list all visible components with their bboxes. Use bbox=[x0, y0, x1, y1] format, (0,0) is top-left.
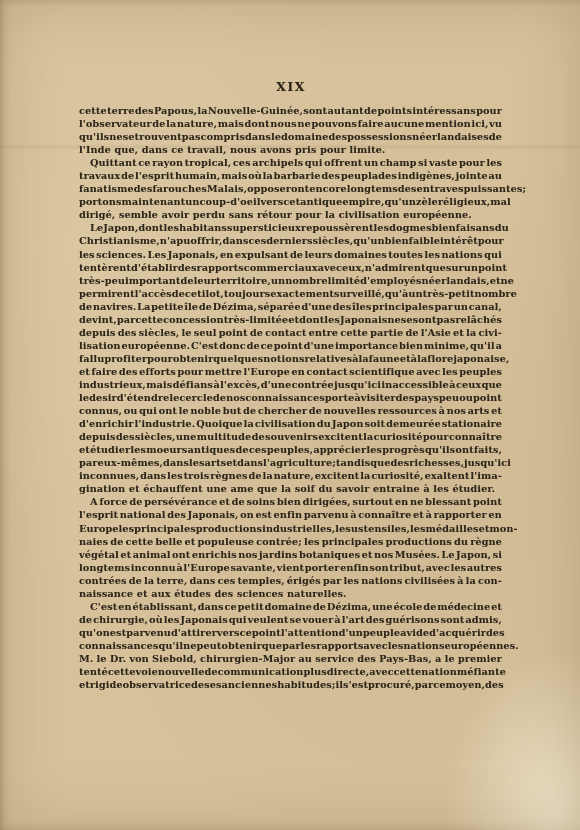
text-line: etrigideobservatricedesesancienneshabitu… bbox=[79, 680, 502, 693]
book-page: XIX cetteterredesPapous,laNouvelle-Guiné… bbox=[0, 0, 580, 830]
text-line: ledesird'étendrelecercledenosconnaissanc… bbox=[79, 393, 502, 406]
text-block: cetteterredesPapous,laNouvelle-Guinée,so… bbox=[79, 106, 502, 693]
text-line: tentécettevoienouvelledecommunicationplu… bbox=[79, 667, 502, 680]
text-line: Quittantcerayontropical,cesarchipelsquio… bbox=[79, 158, 502, 171]
text-line: pareux-mêmes,danslesartsetdansl'agricult… bbox=[79, 458, 502, 471]
text-line: naiesdecettebelleetpopuleusecontrée;lesp… bbox=[79, 537, 502, 550]
text-line: très-peuimportantdeleurterritoire,unnomb… bbox=[79, 276, 502, 289]
text-line: devint,parcetteconcessiontrès-limitéeetd… bbox=[79, 315, 502, 328]
text-line: dirigé,sembleavoirperdusansrétourpourlac… bbox=[79, 210, 502, 223]
text-line: etétudierlesmoeursantiquesdecespeuples,a… bbox=[79, 445, 502, 458]
text-line: connaissancesqu'ilnepeutobtenirqueparles… bbox=[79, 641, 502, 654]
text-line: LeJapon,dontleshabitanssupersticieuxrepo… bbox=[79, 223, 502, 236]
text-line: depuisdessiècles,leseulpointdecontactent… bbox=[79, 328, 502, 341]
text-line: naissanceetauxétudesdessciencesnaturelle… bbox=[79, 589, 502, 602]
text-line: qu'ilsnesetrouventpascomprisdansledomain… bbox=[79, 132, 502, 145]
text-line: lessciences.LesJaponais,enexpulsantdeleu… bbox=[79, 250, 502, 263]
text-line: longtemsinconnuàl'Europesavante,vientpor… bbox=[79, 563, 502, 576]
text-line: depuisdessiècles,unemultitudedesouvenirs… bbox=[79, 432, 502, 445]
text-line: d'enrichirl'industrie.Quoiquelacivilisat… bbox=[79, 419, 502, 432]
text-line: inconnues,danslestroisrègnesdelanature,e… bbox=[79, 471, 502, 484]
text-line: ginationetéchauffentuneamequelasoifdusav… bbox=[79, 484, 502, 497]
text-line: Europelesprincipalesproductionsindustrie… bbox=[79, 524, 502, 537]
text-line: connus,ouquiontlenoblebutdechercherdenou… bbox=[79, 406, 502, 419]
text-line: végétaletanimalontenrichisnosjardinsbota… bbox=[79, 550, 502, 563]
text-line: l'espritnationaldesJaponais,onestenfinpa… bbox=[79, 510, 502, 523]
text-line: travauxdel'esprithumain,maisoùlabarbarie… bbox=[79, 171, 502, 184]
text-line: l'Indeque,danscetravail,nousavonsprispou… bbox=[79, 145, 502, 158]
text-line: cetteterredesPapous,laNouvelle-Guinée,so… bbox=[79, 106, 502, 119]
text-line: Aforcedepersévéranceetdesoinsbiendirigée… bbox=[79, 497, 502, 510]
text-line: M.leDr.vonSiebold,chirurgien-Majorauserv… bbox=[79, 654, 502, 667]
text-line: denavires.LapetiteîledeDézima,séparéed'u… bbox=[79, 302, 502, 315]
text-line: etfairedeseffortspourmettrel'Europeencon… bbox=[79, 367, 502, 380]
page-number: XIX bbox=[80, 79, 502, 94]
text-line: qu'onestparvenud'attirerverscepointl'att… bbox=[79, 628, 502, 641]
text-line: lisationeuropéenne.C'estdoncdecepointd'u… bbox=[79, 341, 502, 354]
text-line: fanatismedesfarouchesMalais,opposeronten… bbox=[79, 184, 502, 197]
text-line: portonsmaintenantuncoup-d'oeilverscetant… bbox=[79, 197, 502, 210]
text-line: industrieux,maisdéfiansàl'excès,d'unecon… bbox=[79, 380, 502, 393]
text-line: falluprofiterpourobtenirquelquesnotionsr… bbox=[79, 354, 502, 367]
text-line: tentèrentd'établirdesrapportscommerciaux… bbox=[79, 263, 502, 276]
text-line: contréesdelaterre,danscestemples,érigésp… bbox=[79, 576, 502, 589]
text-line: C'estenétablissant,danscepetitdomainedeD… bbox=[79, 602, 502, 615]
text-line: permirentl'accèsdecetilot,toujoursexacte… bbox=[79, 289, 502, 302]
text-line: l'observateurdelanature,maisdontnousnepo… bbox=[79, 119, 502, 132]
text-line: Christianisme,n'apuoffrir,danscesdernier… bbox=[79, 236, 502, 249]
text-line: dechirurgie,oùlesJaponaisquiveulentsevou… bbox=[79, 615, 502, 628]
